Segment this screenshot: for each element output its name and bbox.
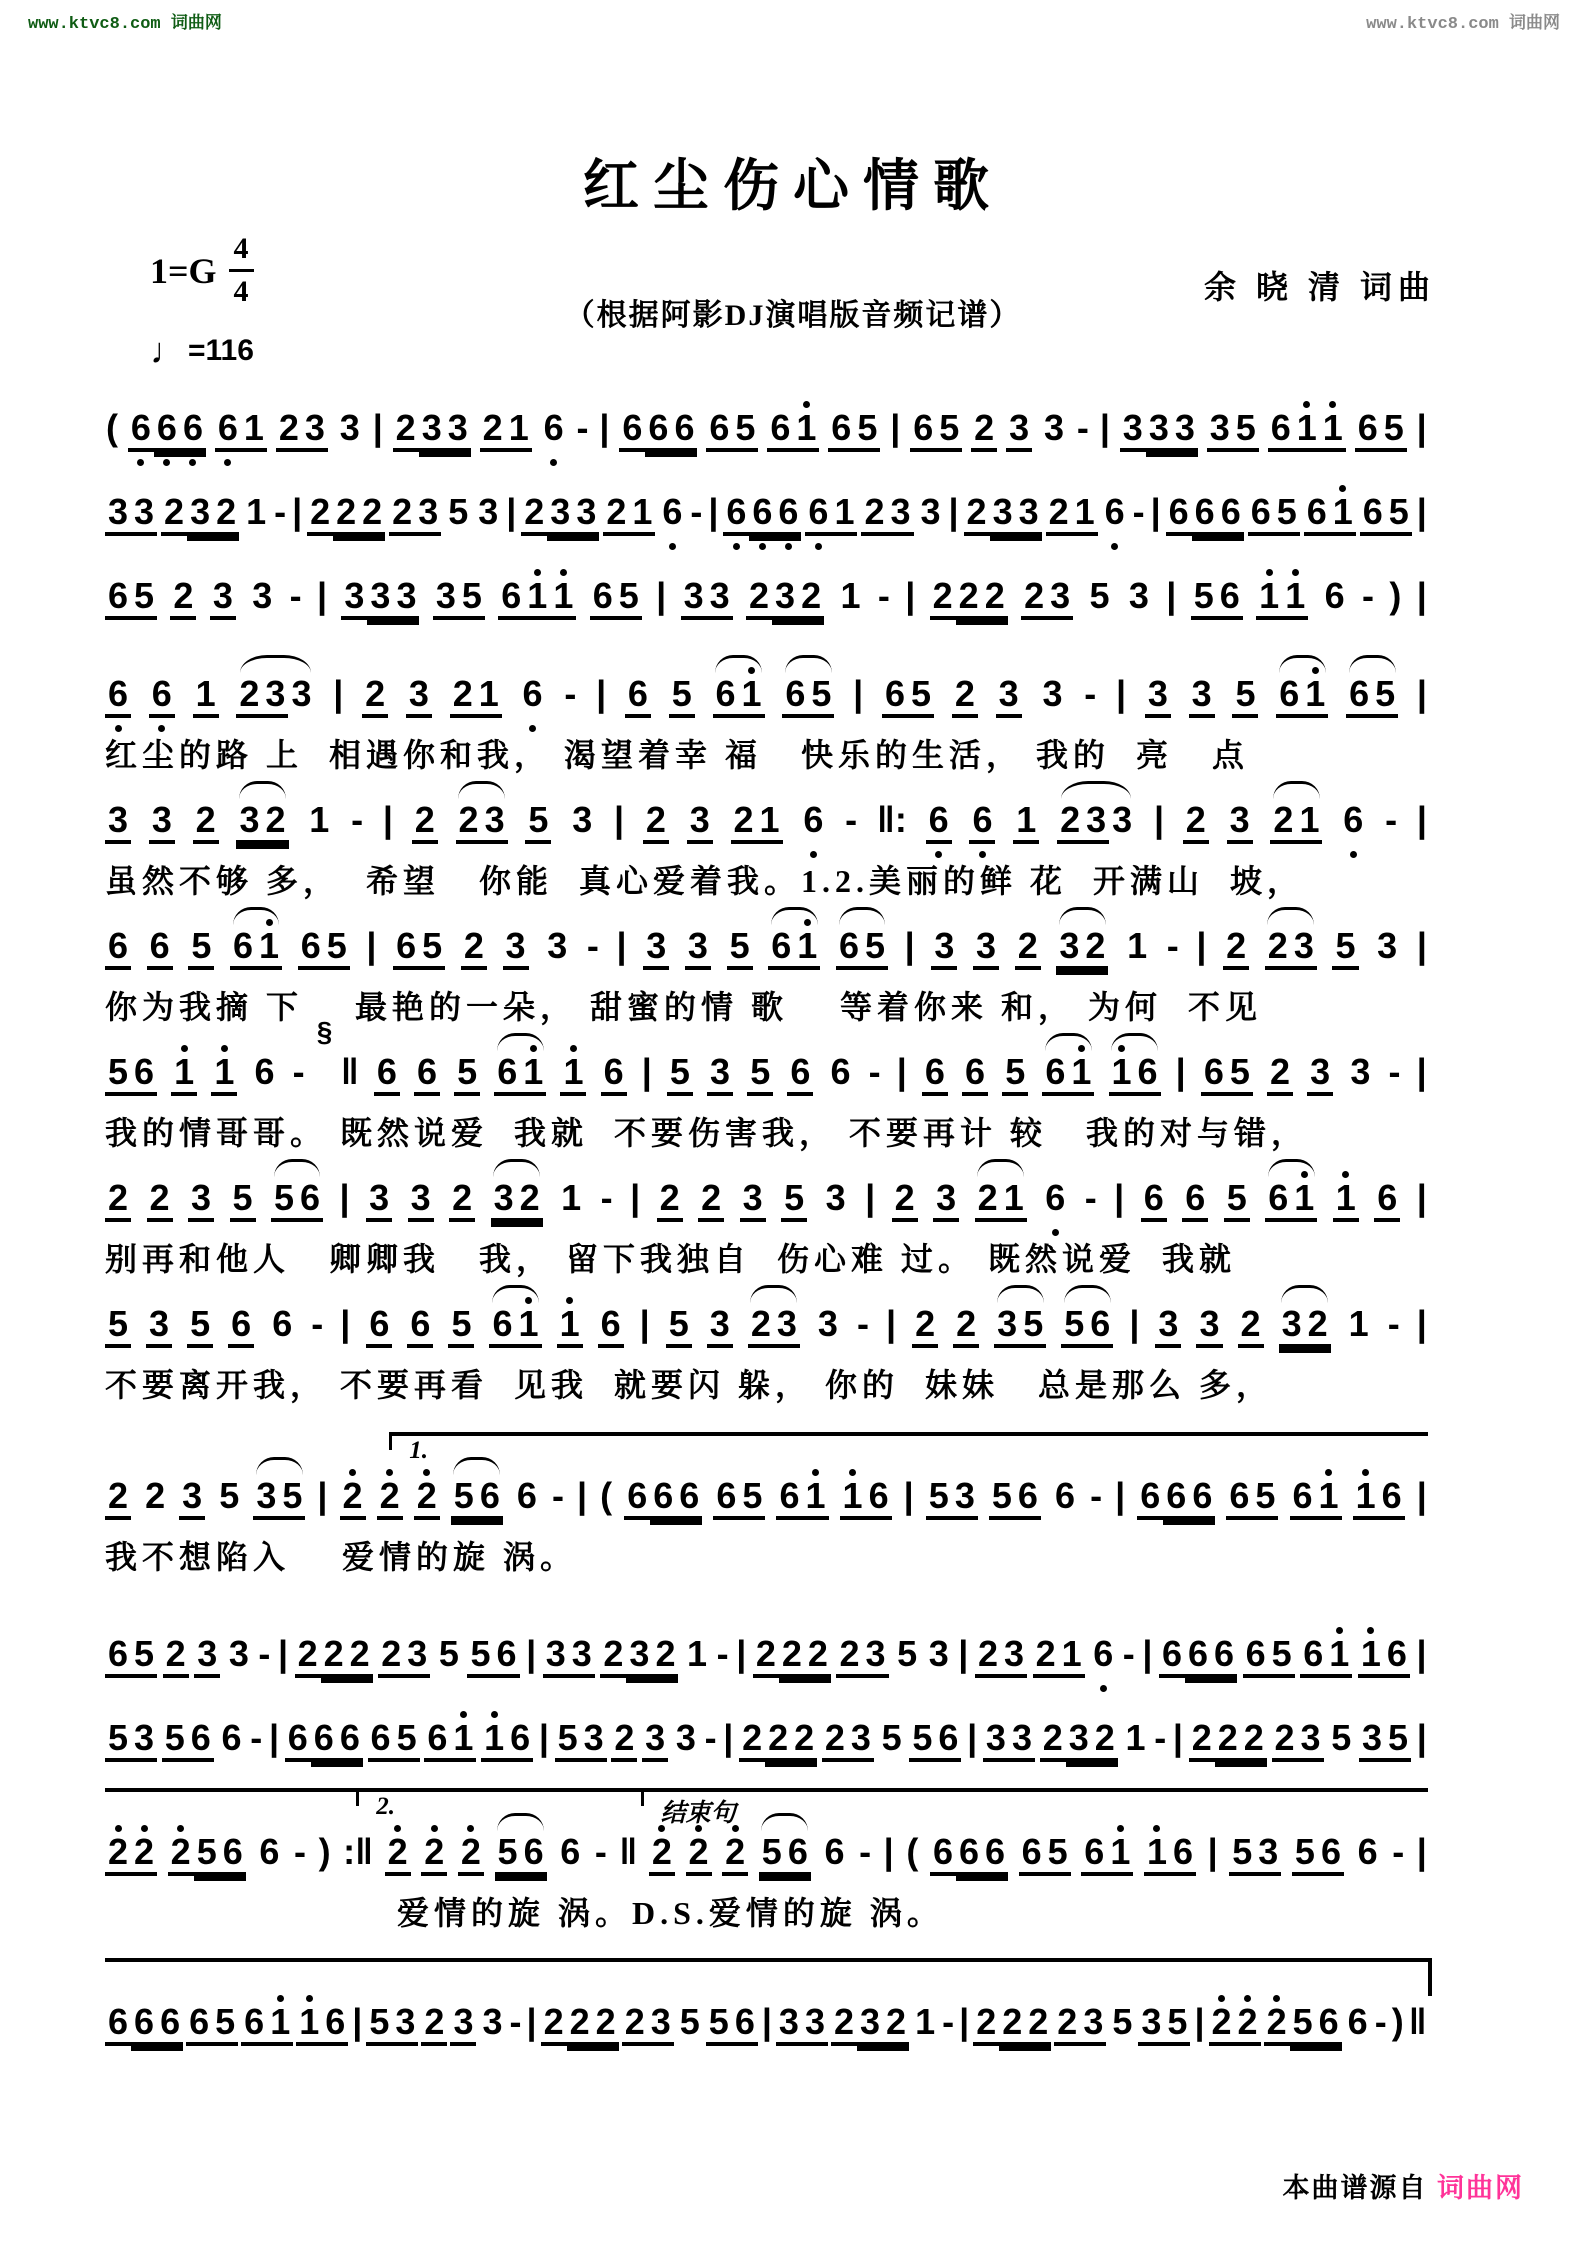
note: | bbox=[1416, 1040, 1428, 1112]
note: ( bbox=[599, 1464, 613, 1536]
note: 5 bbox=[667, 1040, 693, 1112]
note-group: 3 bbox=[226, 1622, 252, 1694]
note: 1 bbox=[243, 480, 269, 552]
note: 3 bbox=[404, 1622, 430, 1694]
note: 1 bbox=[193, 662, 219, 734]
barline: | bbox=[505, 480, 517, 552]
note-group: 3 bbox=[996, 662, 1022, 734]
note-group-slurred: 61 bbox=[1265, 1166, 1317, 1238]
note: 2 bbox=[295, 1622, 321, 1694]
note: 3 bbox=[543, 1622, 569, 1694]
lyrics-line: 你为我摘 下 最艳的一朵， 甜蜜的情 歌 等着你来 和， 为何 不见 bbox=[105, 988, 1428, 1026]
note: 5 bbox=[908, 662, 934, 734]
note: - bbox=[257, 1622, 271, 1694]
note-group: 222 bbox=[1189, 1706, 1267, 1778]
note: 2 bbox=[456, 788, 482, 860]
note-group: 3 bbox=[685, 914, 711, 986]
note-group-slurred: 61 bbox=[1276, 662, 1328, 734]
note: 1 bbox=[211, 1040, 237, 1112]
note: 6 bbox=[220, 1820, 246, 1892]
note: 6 bbox=[477, 1464, 503, 1536]
note: 5 bbox=[459, 564, 485, 636]
note: 5 bbox=[271, 1166, 297, 1238]
note: 2 bbox=[739, 1706, 765, 1778]
note: 6 bbox=[368, 1706, 394, 1778]
note: 6 bbox=[1268, 396, 1294, 468]
note-group: 16 bbox=[1353, 1464, 1405, 1536]
note: 3 bbox=[1146, 396, 1172, 468]
note: 2 bbox=[163, 1622, 189, 1694]
barline: | bbox=[372, 396, 384, 468]
note-group: 5 bbox=[1224, 1166, 1250, 1238]
note: 1 bbox=[1109, 1040, 1135, 1112]
note-group: 666 bbox=[1166, 480, 1244, 552]
note: 5 bbox=[1229, 1820, 1255, 1892]
note-group: 232 bbox=[600, 1622, 678, 1694]
note: - bbox=[509, 1990, 523, 2062]
note-group: 2 bbox=[377, 1464, 403, 1536]
note: - bbox=[273, 480, 287, 552]
note-group: 3 bbox=[1039, 662, 1065, 734]
barline: | bbox=[382, 788, 394, 860]
note: 2 bbox=[593, 1990, 619, 2062]
note: 1 bbox=[516, 1292, 542, 1364]
note: 6 bbox=[366, 1292, 392, 1364]
note: | bbox=[904, 914, 916, 986]
note: 2 bbox=[975, 1622, 1001, 1694]
notation-line: 332321-|2222353|233216-|66661233|233216-… bbox=[105, 480, 1428, 552]
note: - bbox=[600, 1166, 614, 1238]
note-group: 65 bbox=[1019, 1820, 1071, 1892]
note-group: 61 bbox=[1081, 1820, 1133, 1892]
barline: | bbox=[852, 662, 864, 734]
note: 3 bbox=[1047, 564, 1073, 636]
bracket-tick bbox=[356, 1788, 359, 1806]
note: 5 bbox=[808, 662, 834, 734]
note-group: 61 bbox=[1304, 480, 1356, 552]
note: 6 bbox=[494, 1622, 520, 1694]
note: 2 bbox=[105, 1464, 131, 1536]
note: 6 bbox=[1042, 1040, 1068, 1112]
barline: | bbox=[904, 564, 916, 636]
note: - bbox=[1084, 1166, 1098, 1238]
note-group-slurred: 56 bbox=[759, 1820, 811, 1892]
footer-source: 本曲谱源自 词曲网 bbox=[1282, 2166, 1524, 2205]
note: 2 bbox=[622, 1990, 648, 2062]
dash-extension: - bbox=[856, 1292, 870, 1364]
dash-extension: - bbox=[868, 1040, 882, 1112]
note: 3 bbox=[105, 788, 131, 860]
note-group: 35 bbox=[1138, 1990, 1190, 2062]
barline: | bbox=[1416, 914, 1428, 986]
note: 6 bbox=[1355, 396, 1381, 468]
note: 5 bbox=[1109, 1990, 1135, 2062]
note: 6 bbox=[645, 396, 671, 468]
segno-sign: § bbox=[320, 1040, 326, 1068]
note: 6 bbox=[1355, 1820, 1381, 1892]
note: 2 bbox=[377, 1464, 403, 1536]
note-group: 16 bbox=[481, 1706, 533, 1778]
barline: | bbox=[1175, 1040, 1187, 1112]
note-group: 35 bbox=[433, 564, 485, 636]
note: 2 bbox=[1040, 1706, 1066, 1778]
note-group: 6 bbox=[269, 1292, 295, 1364]
note: 6 bbox=[1346, 662, 1372, 734]
note: | bbox=[351, 1990, 363, 2062]
note: 3 bbox=[445, 396, 471, 468]
note: - bbox=[844, 788, 858, 860]
note: | bbox=[722, 1706, 734, 1778]
note-group: 61 bbox=[767, 396, 819, 468]
note: 1 bbox=[912, 1990, 938, 2062]
note-group: 3 bbox=[643, 914, 669, 986]
note: 6 bbox=[322, 1990, 348, 2062]
note: 3 bbox=[1138, 1990, 1164, 2062]
dash-extension: - bbox=[257, 1622, 271, 1694]
note-group: 65 bbox=[393, 914, 445, 986]
note: 2 bbox=[321, 1622, 347, 1694]
note: 5 bbox=[1332, 914, 1358, 986]
note-group: 222 bbox=[930, 564, 1008, 636]
note: 2 bbox=[600, 1622, 626, 1694]
note: 2 bbox=[748, 1292, 774, 1364]
note: - bbox=[292, 1040, 306, 1112]
note: 6 bbox=[241, 1990, 267, 2062]
dash-extension: - bbox=[273, 480, 287, 552]
note: | bbox=[538, 1706, 550, 1778]
barline: | bbox=[595, 662, 607, 734]
dash-extension: - bbox=[1132, 480, 1146, 552]
note: | bbox=[1153, 788, 1165, 860]
dash-extension: - bbox=[716, 1622, 730, 1694]
note: 1 bbox=[1320, 396, 1346, 468]
note: 2 bbox=[393, 396, 419, 468]
note: 5 bbox=[279, 1464, 305, 1536]
note-group: 5 bbox=[667, 1040, 693, 1112]
note-group: 2 bbox=[142, 1464, 168, 1536]
note: - bbox=[1166, 914, 1180, 986]
tempo-marking: ♩ =116 bbox=[150, 330, 254, 372]
note: 6 bbox=[251, 1040, 277, 1112]
volta-bracket bbox=[105, 1958, 1428, 1990]
note: 3 bbox=[569, 788, 595, 860]
note: 1 bbox=[256, 914, 282, 986]
note: 6 bbox=[557, 1820, 583, 1892]
barline: | bbox=[1113, 1166, 1125, 1238]
note-group: 5 bbox=[677, 1990, 703, 2062]
note: 5 bbox=[1232, 662, 1258, 734]
note-group: 56 bbox=[467, 1622, 519, 1694]
barline: | bbox=[1153, 788, 1165, 860]
note: 6 bbox=[659, 480, 685, 552]
note: 2 bbox=[643, 788, 669, 860]
note-group: 3 bbox=[926, 1622, 952, 1694]
note: 6 bbox=[1090, 1622, 1116, 1694]
dash-extension: - bbox=[1384, 788, 1398, 860]
note-group: 65 bbox=[1201, 1040, 1253, 1112]
note-group: 2 bbox=[461, 914, 487, 986]
barline: | bbox=[1416, 1166, 1428, 1238]
notation-line: 661233|23216-|656165|65233-|3356165| bbox=[105, 662, 1428, 734]
note: 2 bbox=[657, 1166, 683, 1238]
note-group: 53 bbox=[366, 1990, 418, 2062]
note: | bbox=[1416, 1166, 1428, 1238]
note-group: 23 bbox=[861, 480, 913, 552]
note: 3 bbox=[681, 564, 707, 636]
note: 5 bbox=[1224, 1166, 1250, 1238]
note-group: 1 bbox=[560, 1040, 586, 1112]
double-barline: ‖ bbox=[1408, 1990, 1428, 2062]
octave-dot-below bbox=[163, 459, 170, 466]
note: | bbox=[761, 1990, 773, 2062]
note-group: 65 bbox=[713, 1464, 765, 1536]
note: 2 bbox=[170, 564, 196, 636]
note: 5 bbox=[759, 1820, 785, 1892]
note-group: 33 bbox=[543, 1622, 595, 1694]
note: - bbox=[856, 1292, 870, 1364]
note: | bbox=[1193, 1990, 1205, 2062]
note-group: 56 bbox=[105, 1040, 157, 1112]
note-group: 666 bbox=[723, 480, 801, 552]
note: 2 bbox=[458, 1820, 484, 1892]
note-group: 6 bbox=[659, 480, 685, 552]
note: 1 bbox=[1059, 1622, 1085, 1694]
dash-extension: - bbox=[310, 1292, 324, 1364]
dash-extension: - bbox=[249, 1706, 263, 1778]
note-group: 3 bbox=[475, 480, 501, 552]
note: 6 bbox=[1290, 1464, 1316, 1536]
note: 1 bbox=[837, 564, 863, 636]
note: 3 bbox=[933, 1166, 959, 1238]
barline: | bbox=[889, 396, 901, 468]
note-group-slurred: 35 bbox=[994, 1292, 1046, 1364]
note: 1 bbox=[1013, 788, 1039, 860]
note: 6 bbox=[514, 1464, 540, 1536]
octave-dot-below bbox=[158, 725, 165, 732]
note-group: 61 bbox=[241, 1990, 293, 2062]
note: 2 bbox=[567, 1990, 593, 2062]
volta-bracket: 1. bbox=[105, 1432, 1428, 1464]
lyrics-line: 我不想陷入 爱情的旋 涡。 bbox=[105, 1538, 1428, 1576]
octave-dot-below bbox=[979, 851, 986, 858]
note: | bbox=[1416, 1464, 1428, 1536]
note: 6 bbox=[1304, 480, 1330, 552]
note-group: 5 bbox=[727, 914, 753, 986]
footer-brand-link[interactable]: 词曲网 bbox=[1437, 2173, 1524, 2203]
note-group: 232 bbox=[161, 480, 239, 552]
note-group: 2 bbox=[611, 1706, 637, 1778]
note: | bbox=[505, 480, 517, 552]
note-group-slurred: 32 bbox=[1279, 1292, 1331, 1364]
note-group: 2 bbox=[414, 1464, 440, 1536]
note-group: 53 bbox=[555, 1706, 607, 1778]
dash-extension: - bbox=[1387, 1292, 1401, 1364]
note: 6 bbox=[782, 662, 808, 734]
note-group: 5 bbox=[216, 1464, 242, 1536]
note: 6 bbox=[269, 1292, 295, 1364]
octave-dot-below bbox=[115, 725, 122, 732]
note: 2 bbox=[975, 1166, 1001, 1238]
note-group: 1 bbox=[1122, 1706, 1148, 1778]
note: 3 bbox=[772, 564, 798, 636]
note: 3 bbox=[1172, 396, 1198, 468]
time-signature-numerator: 4 bbox=[229, 232, 254, 272]
note: | bbox=[268, 1706, 280, 1778]
note-group-slurred: 61 bbox=[768, 914, 820, 986]
parenthesis: ) bbox=[1391, 1990, 1405, 2062]
note: 6 bbox=[520, 662, 546, 734]
octave-dot-above bbox=[748, 667, 755, 674]
barline: | bbox=[1207, 1820, 1219, 1892]
note-group: 1 bbox=[912, 1990, 938, 2062]
note-group: 3 bbox=[503, 914, 529, 986]
note: 6 bbox=[1042, 1166, 1068, 1238]
note-group: 6 bbox=[625, 662, 651, 734]
note: 2 bbox=[912, 1292, 938, 1364]
note-group: 5 bbox=[188, 914, 214, 986]
system: 56116-§‖6656116|53566-|6656116|65233-|我的… bbox=[105, 1040, 1428, 1152]
note: 6 bbox=[1360, 480, 1386, 552]
note-group: 6 bbox=[256, 1820, 282, 1892]
note-group-slurred: 56 bbox=[1061, 1292, 1113, 1364]
note: 3 bbox=[707, 564, 733, 636]
note-group: 2 bbox=[458, 1820, 484, 1892]
note: 2 bbox=[414, 1464, 440, 1536]
note-group: 2 bbox=[971, 396, 997, 468]
note: 5 bbox=[445, 480, 471, 552]
note: | bbox=[616, 914, 628, 986]
note: 6 bbox=[256, 1820, 282, 1892]
note: 5 bbox=[448, 1292, 474, 1364]
note-group: 3 bbox=[1189, 662, 1215, 734]
note-group: 3 bbox=[406, 662, 432, 734]
note: 6 bbox=[1163, 1464, 1189, 1536]
note-group: 5 bbox=[747, 1040, 773, 1112]
barline: | bbox=[268, 1706, 280, 1778]
barline: | bbox=[641, 1040, 653, 1112]
octave-dot-above bbox=[1078, 1045, 1085, 1052]
note: 5 bbox=[212, 1990, 238, 2062]
notation-line: 332321-|22353|23216-‖:661233|23216-| bbox=[105, 788, 1428, 860]
note: 3 bbox=[393, 564, 419, 636]
note: 3 bbox=[210, 564, 236, 636]
note: 2 bbox=[791, 1706, 817, 1778]
note: 5 bbox=[525, 788, 551, 860]
notation-line: 6656165|65233-|3356165|332321-|22353| bbox=[105, 914, 1428, 986]
note: 5 bbox=[1227, 1040, 1253, 1112]
note: 6 bbox=[1217, 564, 1243, 636]
note: 2 bbox=[347, 1622, 373, 1694]
note: | bbox=[339, 1292, 351, 1364]
notation-line: 53566-|6656116|53233-|223556|332321-| bbox=[105, 1292, 1428, 1364]
octave-dot-below bbox=[810, 851, 817, 858]
note: 6 bbox=[676, 1464, 702, 1536]
key-label: 1=G bbox=[150, 250, 217, 292]
note: 3 bbox=[1227, 788, 1253, 860]
note-group: 611 bbox=[1268, 396, 1346, 468]
lyrics-line: 别再和他人 卿卿我 我， 留下我独自 伤心难 过。 既然说爱 我就 bbox=[105, 1240, 1428, 1278]
note: 5 bbox=[1381, 396, 1407, 468]
barline: | bbox=[1416, 1040, 1428, 1112]
dash-extension: - bbox=[594, 1820, 608, 1892]
note-group-slurred: 61 bbox=[713, 662, 765, 734]
note: 2 bbox=[105, 1820, 131, 1892]
note-group: 56 bbox=[162, 1706, 214, 1778]
note: 3 bbox=[433, 564, 459, 636]
note: 3 bbox=[990, 480, 1016, 552]
barline: | bbox=[538, 1706, 550, 1778]
note-group-slurred: 65 bbox=[836, 914, 888, 986]
note-group: 3 bbox=[823, 1166, 849, 1238]
note: 5 bbox=[454, 1040, 480, 1112]
note: 1 bbox=[1107, 1820, 1133, 1892]
note: 2 bbox=[603, 480, 629, 552]
note: 6 bbox=[298, 914, 324, 986]
note: 1 bbox=[793, 396, 819, 468]
note-group: 6 bbox=[1322, 564, 1348, 636]
note: 2 bbox=[1057, 788, 1083, 860]
note: ‖ bbox=[1408, 1990, 1428, 2062]
note: 2 bbox=[1235, 1990, 1261, 2062]
note-group: 65 bbox=[882, 662, 934, 734]
note: 5 bbox=[188, 914, 214, 986]
note: 2 bbox=[236, 662, 262, 734]
note: 3 bbox=[673, 1706, 699, 1778]
note-group: 6 bbox=[1090, 1622, 1116, 1694]
notation-line: 222566-):‖222566-‖222566-|(666656116|535… bbox=[105, 1820, 1428, 1892]
note: 2 bbox=[686, 1820, 712, 1892]
note: | bbox=[958, 1990, 970, 2062]
note-group: 3 bbox=[687, 788, 713, 860]
note: 2 bbox=[973, 1990, 999, 2062]
note: 6 bbox=[1340, 788, 1366, 860]
note: 3 bbox=[187, 480, 213, 552]
note: 2 bbox=[168, 1820, 194, 1892]
note: | bbox=[639, 1292, 651, 1364]
note-group: 3 bbox=[1196, 1292, 1222, 1364]
barline: | bbox=[903, 1464, 915, 1536]
note-group: 65 bbox=[828, 396, 880, 468]
note-group-slurred: 56 bbox=[495, 1820, 547, 1892]
note-group: 23 bbox=[1021, 564, 1073, 636]
note: 3 bbox=[1083, 788, 1109, 860]
note: 2 bbox=[421, 1990, 447, 2062]
note: 6 bbox=[407, 1292, 433, 1364]
note: 6 bbox=[489, 1292, 515, 1364]
watermark-top-right: www.ktvc8.com 词曲网 bbox=[1366, 8, 1560, 34]
note-group: 2 bbox=[1183, 788, 1209, 860]
note-group: 5 bbox=[1002, 1040, 1028, 1112]
dash-extension: - bbox=[350, 788, 364, 860]
note: 1 bbox=[476, 662, 502, 734]
note-group: 1 bbox=[171, 1040, 197, 1112]
note: 1 bbox=[1326, 1622, 1352, 1694]
note: | bbox=[947, 480, 959, 552]
note: 3 bbox=[131, 1706, 157, 1778]
note: 3 bbox=[392, 1990, 418, 2062]
note: - bbox=[1387, 1040, 1401, 1112]
note: 5 bbox=[1386, 480, 1412, 552]
dash-extension: - bbox=[600, 1166, 614, 1238]
note-group: 3 bbox=[337, 396, 363, 468]
note: 3 bbox=[367, 564, 393, 636]
note-group: 3 bbox=[194, 1622, 220, 1694]
note: ‖ bbox=[618, 1820, 638, 1892]
note-group: 6 bbox=[105, 914, 131, 986]
barline: | bbox=[1416, 480, 1428, 552]
barline: | bbox=[1416, 788, 1428, 860]
barline: | bbox=[1172, 1706, 1184, 1778]
